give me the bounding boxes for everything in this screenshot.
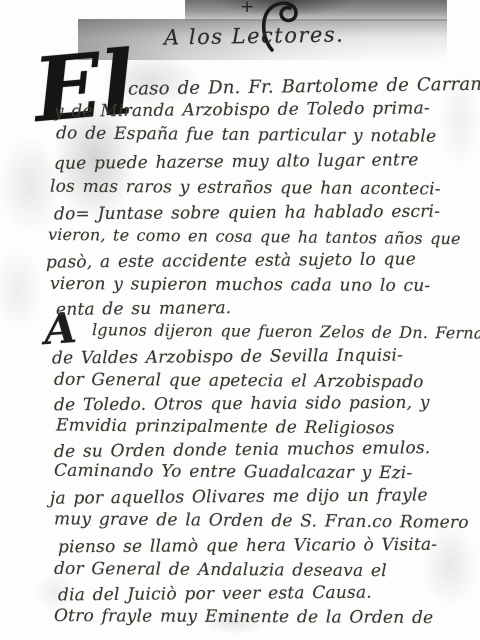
manuscript-line: y de Miranda Arzobispo de Toledo prima- <box>54 98 430 122</box>
manuscript-line: ja por aquellos Olivares me dijo un fray… <box>50 485 428 509</box>
manuscript-line: Emvidia prinzipalmente de Religiosos <box>56 416 395 439</box>
manuscript-line: muy grave de la Orden de S. Fran.co Rome… <box>54 509 469 533</box>
page-title: A los Lectores. <box>164 22 345 49</box>
scan-shadow-top <box>185 0 447 21</box>
manuscript-line: do= Juntase sobre quien ha hablado escri… <box>54 202 440 225</box>
manuscript-line: dor General de Andaluzia deseava el <box>54 559 387 582</box>
manuscript-line: pasò, a este accidente està sujeto lo qu… <box>46 249 416 273</box>
manuscript-line: de su Orden donde tenia muchos emulos. <box>54 438 431 462</box>
manuscript-line: enta de su manera. <box>56 298 232 320</box>
manuscript-line: do de España fue tan particular y notabl… <box>56 123 436 147</box>
manuscript-line: que puede hazerse muy alto lugar entre <box>54 150 419 174</box>
manuscript-line: pienso se llamò que hera Vicario ò Visit… <box>58 535 437 558</box>
manuscript-page: + A los Lectores. El A caso de Dn. Fr. B… <box>0 0 480 640</box>
manuscript-line: de Valdes Arzobispo de Sevilla Inquisi- <box>52 345 403 368</box>
manuscript-line: Otro frayle muy Eminente de la Orden de <box>54 606 433 628</box>
manuscript-line: dia del Juiciò por veer esta Causa. <box>58 583 372 606</box>
manuscript-line: de Toledo. Otros que havia sido pasion, … <box>54 393 430 416</box>
manuscript-line: dor General que apetecia el Arzobispado <box>54 370 424 393</box>
cross-mark: + <box>240 0 254 17</box>
manuscript-line: caso de Dn. Fr. Bartolome de Carranza <box>128 73 480 100</box>
manuscript-line: vieron y supieron muchos cada uno lo cu- <box>50 274 431 296</box>
manuscript-line: los mas raros y estraños que han acontec… <box>50 177 441 200</box>
manuscript-line: lgunos dijeron que fueron Zelos de Dn. F… <box>92 320 480 343</box>
manuscript-line: Caminando Yo entre Guadalcazar y Ezi- <box>54 461 413 484</box>
manuscript-line: vieron, te como en cosa que ha tantos añ… <box>48 225 461 249</box>
